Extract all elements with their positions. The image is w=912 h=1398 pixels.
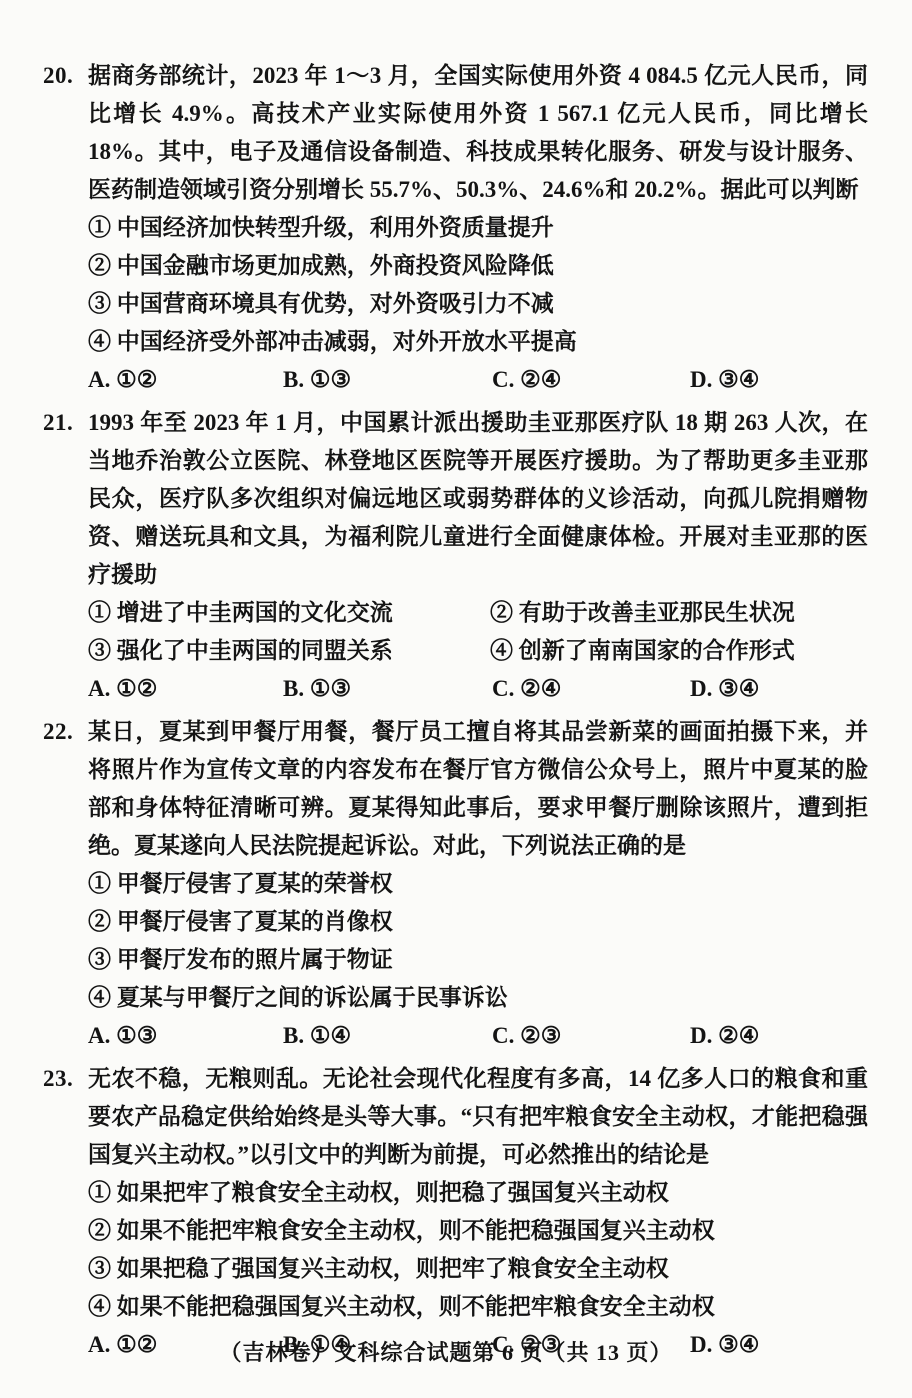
choice-d: D. ②④ xyxy=(690,1017,868,1055)
question-number: 22. xyxy=(43,713,73,751)
option-item: ② 甲餐厅侵害了夏某的肖像权 xyxy=(88,903,868,941)
page-footer: （吉林卷）文科综合试题第 6 页（共 13 页） xyxy=(0,1334,892,1372)
option-item: ④ 中国经济受外部冲击减弱，对外开放水平提高 xyxy=(88,323,868,361)
option-item: ① 增进了中圭两国的文化交流 xyxy=(88,594,490,632)
option-list: ① 增进了中圭两国的文化交流 ② 有助于改善圭亚那民生状况 ③ 强化了中圭两国的… xyxy=(88,594,868,670)
option-item: ② 有助于改善圭亚那民生状况 xyxy=(490,594,868,632)
option-item: ③ 强化了中圭两国的同盟关系 xyxy=(88,632,490,670)
option-item: ② 如果不能把牢粮食安全主动权，则不能把稳强国复兴主动权 xyxy=(88,1212,868,1250)
option-item: ③ 甲餐厅发布的照片属于物证 xyxy=(88,941,868,979)
option-item: ③ 中国营商环境具有优势，对外资吸引力不减 xyxy=(88,285,868,323)
option-item: ④ 创新了南南国家的合作形式 xyxy=(490,632,868,670)
question-23: 23. 无农不稳，无粮则乱。无论社会现代化程度有多高，14 亿多人口的粮食和重要… xyxy=(43,1060,868,1364)
choice-a: A. ①② xyxy=(88,361,283,399)
choice-b: B. ①③ xyxy=(283,670,492,708)
option-item: ① 甲餐厅侵害了夏某的荣誉权 xyxy=(88,865,868,903)
answer-choices-row: A. ①② B. ①③ C. ②④ D. ③④ xyxy=(88,361,868,399)
option-list: ① 如果把牢了粮食安全主动权，则把稳了强国复兴主动权 ② 如果不能把牢粮食安全主… xyxy=(88,1174,868,1326)
question-stem: 1993 年至 2023 年 1 月，中国累计派出援助圭亚那医疗队 18 期 2… xyxy=(88,404,868,594)
option-item: ③ 如果把稳了强国复兴主动权，则把牢了粮食安全主动权 xyxy=(88,1250,868,1288)
question-number: 23. xyxy=(43,1060,73,1098)
choice-b: B. ①③ xyxy=(283,361,492,399)
choice-c: C. ②④ xyxy=(492,670,690,708)
exam-page: { "paper": { "footer": "（吉林卷）文科综合试题第 6 页… xyxy=(0,0,912,1398)
answer-choices-row: A. ①② B. ①③ C. ②④ D. ③④ xyxy=(88,670,868,708)
choice-d: D. ③④ xyxy=(690,361,868,399)
answer-choices-row: A. ①③ B. ①④ C. ②③ D. ②④ xyxy=(88,1017,868,1055)
option-item: ④ 夏某与甲餐厅之间的诉讼属于民事诉讼 xyxy=(88,979,868,1017)
question-number: 20. xyxy=(43,57,73,95)
option-item: ① 如果把牢了粮食安全主动权，则把稳了强国复兴主动权 xyxy=(88,1174,868,1212)
choice-c: C. ②③ xyxy=(492,1017,690,1055)
option-list: ① 中国经济加快转型升级，利用外资质量提升 ② 中国金融市场更加成熟，外商投资风… xyxy=(88,209,868,361)
question-21: 21. 1993 年至 2023 年 1 月，中国累计派出援助圭亚那医疗队 18… xyxy=(43,404,868,708)
choice-a: A. ①③ xyxy=(88,1017,283,1055)
question-20: 20. 据商务部统计，2023 年 1～3 月，全国实际使用外资 4 084.5… xyxy=(43,57,868,399)
question-stem: 据商务部统计，2023 年 1～3 月，全国实际使用外资 4 084.5 亿元人… xyxy=(88,57,868,209)
question-stem: 无农不稳，无粮则乱。无论社会现代化程度有多高，14 亿多人口的粮食和重要农产品稳… xyxy=(88,1060,868,1174)
option-item: ① 中国经济加快转型升级，利用外资质量提升 xyxy=(88,209,868,247)
question-22: 22. 某日，夏某到甲餐厅用餐，餐厅员工擅自将其品尝新菜的画面拍摄下来，并将照片… xyxy=(43,713,868,1055)
question-stem: 某日，夏某到甲餐厅用餐，餐厅员工擅自将其品尝新菜的画面拍摄下来，并将照片作为宣传… xyxy=(88,713,868,865)
option-item: ④ 如果不能把稳强国复兴主动权，则不能把牢粮食安全主动权 xyxy=(88,1288,868,1326)
question-number: 21. xyxy=(43,404,73,442)
choice-c: C. ②④ xyxy=(492,361,690,399)
choice-a: A. ①② xyxy=(88,670,283,708)
choice-d: D. ③④ xyxy=(690,670,868,708)
choice-b: B. ①④ xyxy=(283,1017,492,1055)
option-item: ② 中国金融市场更加成熟，外商投资风险降低 xyxy=(88,247,868,285)
option-list: ① 甲餐厅侵害了夏某的荣誉权 ② 甲餐厅侵害了夏某的肖像权 ③ 甲餐厅发布的照片… xyxy=(88,865,868,1017)
